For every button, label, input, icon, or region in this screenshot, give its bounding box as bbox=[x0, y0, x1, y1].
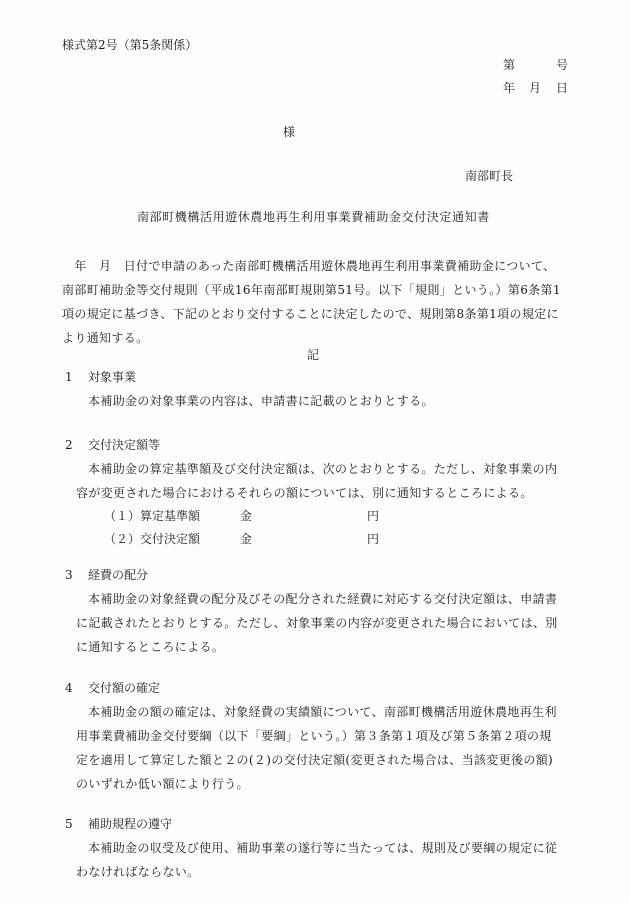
amount-prefix: 金 bbox=[240, 532, 252, 546]
amount-unit: 円 bbox=[367, 509, 379, 523]
section-line: 本補助金の額の確定は、対象経費の実績額について、南部町機構活用遊休農地再生利 bbox=[88, 705, 557, 719]
section-number: 1 bbox=[65, 370, 73, 384]
date-year-label: 年 bbox=[503, 81, 515, 95]
intro-line: 項の規定に基づき、下記のとおり交付することに決定したので、規則第8条第1項の規定… bbox=[62, 307, 559, 321]
amount-unit: 円 bbox=[367, 532, 379, 546]
section-line: 本補助金の対象経費の配分及びその配分された経費に対応する交付決定額は、申請書 bbox=[88, 592, 557, 606]
section-number: 4 bbox=[65, 681, 73, 695]
section-number: 2 bbox=[65, 438, 73, 452]
date-month-label: 月 bbox=[529, 81, 541, 95]
issuer: 南部町長 bbox=[465, 169, 513, 183]
section-heading: 経費の配分 bbox=[88, 568, 148, 582]
section-line: わなければならない。 bbox=[76, 865, 200, 879]
section-line: 容が変更された場合におけるそれらの額については、別に通知するところによる。 bbox=[76, 486, 533, 500]
section-line: 本補助金の収受及び使用、補助事業の遂行等に当たっては、規則及び要綱の規定に従 bbox=[88, 841, 557, 855]
amount-label-decision: （２）交付決定額 bbox=[104, 532, 200, 546]
form-label: 様式第2号（第5条関係） bbox=[62, 38, 197, 52]
intro-line: より通知する。 bbox=[62, 331, 148, 345]
ki-heading: 記 bbox=[307, 348, 319, 362]
intro-line: 南部町補助金等交付規則（平成16年南部町規則第51号。以下「規則」という。）第6… bbox=[62, 283, 561, 297]
section-line: に記載されたとおりとする。ただし、対象事業の内容が変更された場合においては、別 bbox=[76, 616, 558, 630]
section-number: 3 bbox=[65, 568, 73, 582]
document-number-suffix: 号 bbox=[556, 58, 568, 72]
section-heading: 対象事業 bbox=[88, 370, 136, 384]
section-line: 定を適用して算定した額と２の(２)の交付決定額(変更された場合は、当該変更後の額… bbox=[76, 753, 553, 767]
document-number-prefix: 第 bbox=[503, 58, 515, 72]
section-heading: 交付決定額等 bbox=[88, 438, 160, 452]
amount-label-standard: （１）算定基準額 bbox=[104, 509, 200, 523]
intro-line: 年 月 日付で申請のあった南部町機構活用遊休農地再生利用事業費補助金について、 bbox=[62, 259, 555, 273]
section-line: 本補助金の算定基準額及び交付決定額は、次のとおりとする。ただし、対象事業の内 bbox=[88, 462, 557, 476]
amount-prefix: 金 bbox=[240, 509, 252, 523]
section-line: 本補助金の対象事業の内容は、申請書に記載のとおりとする。 bbox=[88, 394, 434, 408]
section-number: 5 bbox=[65, 817, 73, 831]
document-title: 南部町機構活用遊休農地再生利用事業費補助金交付決定通知書 bbox=[137, 210, 490, 224]
section-line: に通知するところによる。 bbox=[76, 640, 224, 654]
section-heading: 交付額の確定 bbox=[88, 681, 160, 695]
addressee-suffix: 様 bbox=[283, 125, 295, 139]
date-day-label: 日 bbox=[556, 81, 568, 95]
section-line: のいずれか低い額により行う。 bbox=[76, 777, 249, 791]
section-heading: 補助規程の遵守 bbox=[88, 817, 172, 831]
section-line: 用事業費補助金交付要綱（以下「要綱」という。）第３条第１項及び第５条第２項の規 bbox=[76, 729, 552, 743]
